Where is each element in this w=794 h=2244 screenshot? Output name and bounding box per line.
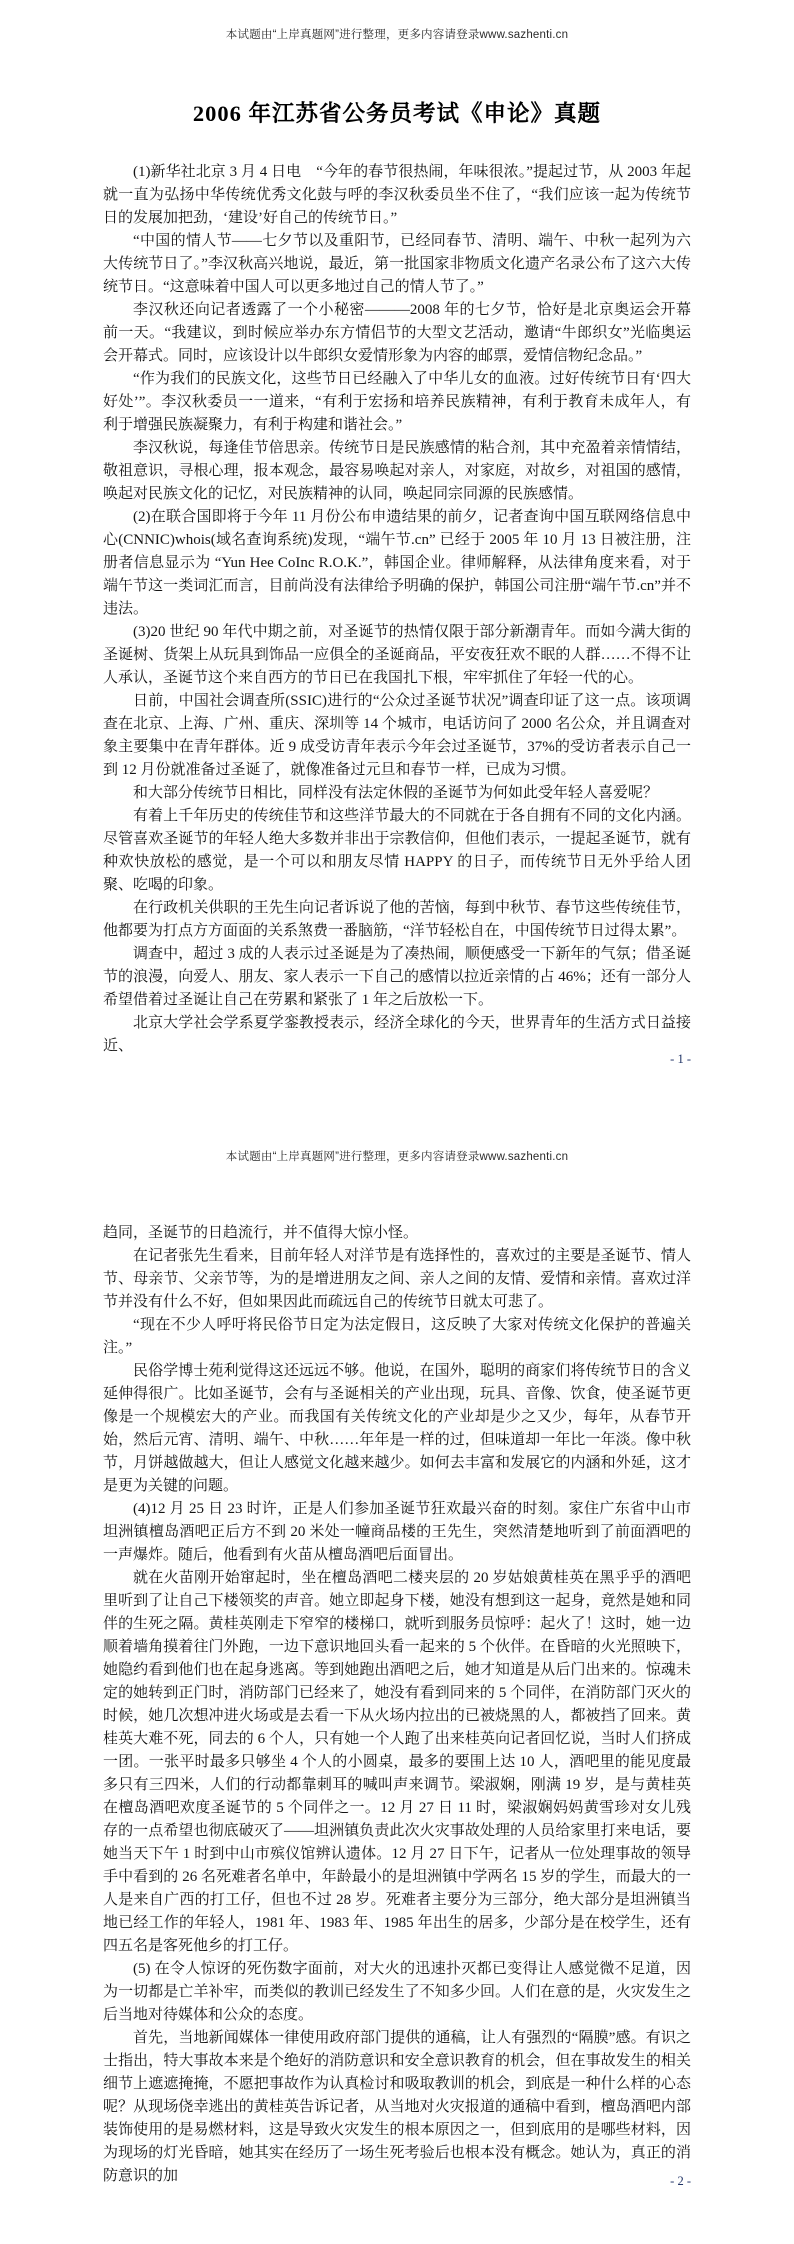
- page-1-body: 2006 年江苏省公务员考试《申论》真题 (1)新华社北京 3 月 4 日电 “…: [103, 98, 691, 1058]
- paragraph: 有着上千年历史的传统佳节和这些洋节最大的不同就在于各自拥有不同的文化内涵。尽管喜…: [103, 805, 691, 897]
- page-2-body: 趋同，圣诞节的日趋流行，并不值得大惊小怪。在记者张先生看来，目前年轻人对洋节是有…: [103, 1222, 691, 2188]
- paragraph: 在行政机关供职的王先生向记者诉说了他的苦恼，每到中秋节、春节这些传统佳节，他都要…: [103, 897, 691, 943]
- page-1-paragraphs: (1)新华社北京 3 月 4 日电 “今年的春节很热闹，年味很浓。”提起过节，从…: [103, 161, 691, 1058]
- paragraph: (4)12 月 25 日 23 时许，正是人们参加圣诞节狂欢最兴奋的时刻。家住广…: [103, 1498, 691, 1567]
- paragraph: 日前，中国社会调查所(SSIC)进行的“公众过圣诞节状况”调查印证了这一点。该项…: [103, 690, 691, 782]
- paragraph: 北京大学社会学系夏学銮教授表示，经济全球化的今天，世界青年的生活方式日益接近、: [103, 1012, 691, 1058]
- paragraph: “作为我们的民族文化，这些节日已经融入了中华儿女的血液。过好传统节日有‘四大好处…: [103, 368, 691, 437]
- document: 本试题由“上岸真题网”进行整理，更多内容请登录www.sazhenti.cn 2…: [0, 0, 794, 2244]
- paragraph: 和大部分传统节日相比，同样没有法定休假的圣诞节为何如此受年轻人喜爱呢？: [103, 782, 691, 805]
- page-2-paragraphs: 趋同，圣诞节的日趋流行，并不值得大惊小怪。在记者张先生看来，目前年轻人对洋节是有…: [103, 1222, 691, 2188]
- paragraph: (3)20 世纪 90 年代中期之前，对圣诞节的热情仅限于部分新潮青年。而如今满…: [103, 621, 691, 690]
- page-1: 本试题由“上岸真题网”进行整理，更多内容请登录www.sazhenti.cn 2…: [0, 0, 794, 1122]
- page-header: 本试题由“上岸真题网”进行整理，更多内容请登录www.sazhenti.cn: [0, 1148, 794, 1164]
- paragraph: 李汉秋还向记者透露了一个小秘密———2008 年的七夕节，恰好是北京奥运会开幕前…: [103, 299, 691, 368]
- paragraph: 民俗学博士苑利觉得这还远远不够。他说，在国外，聪明的商家们将传统节日的含义延伸得…: [103, 1360, 691, 1498]
- paragraph: 调查中，超过 3 成的人表示过圣诞是为了凑热闹，顺便感受一下新年的气氛；借圣诞节…: [103, 943, 691, 1012]
- document-title: 2006 年江苏省公务员考试《申论》真题: [103, 98, 691, 130]
- paragraph: (5) 在令人惊讶的死伤数字面前，对大火的迅速扑灭都已变得让人感觉微不足道，因为…: [103, 1958, 691, 2027]
- paragraph: 李汉秋说，每逢佳节倍思亲。传统节日是民族感情的粘合剂，其中充盈着亲情情结，敬祖意…: [103, 437, 691, 506]
- paragraph: “中国的情人节——七夕节以及重阳节，已经同春节、清明、端午、中秋一起列为六大传统…: [103, 230, 691, 299]
- page-header: 本试题由“上岸真题网”进行整理，更多内容请登录www.sazhenti.cn: [0, 26, 794, 42]
- paragraph: “现在不少人呼吁将民俗节日定为法定假日，这反映了大家对传统文化保护的普遍关注。”: [103, 1314, 691, 1360]
- page-2: 本试题由“上岸真题网”进行整理，更多内容请登录www.sazhenti.cn 趋…: [0, 1122, 794, 2244]
- paragraph: 首先，当地新闻媒体一律使用政府部门提供的通稿，让人有强烈的“隔膜”感。有识之士指…: [103, 2027, 691, 2188]
- paragraph: 趋同，圣诞节的日趋流行，并不值得大惊小怪。: [103, 1222, 691, 1245]
- page-number-2: - 2 -: [670, 2174, 691, 2189]
- paragraph: (2)在联合国即将于今年 11 月份公布申遗结果的前夕，记者查询中国互联网络信息…: [103, 506, 691, 621]
- paragraph: (1)新华社北京 3 月 4 日电 “今年的春节很热闹，年味很浓。”提起过节，从…: [103, 161, 691, 230]
- paragraph: 就在火苗刚开始窜起时，坐在檀岛酒吧二楼夹层的 20 岁姑娘黄桂英在黑乎乎的酒吧里…: [103, 1567, 691, 1958]
- page-number-1: - 1 -: [670, 1052, 691, 1067]
- paragraph: 在记者张先生看来，目前年轻人对洋节是有选择性的，喜欢过的主要是圣诞节、情人节、母…: [103, 1245, 691, 1314]
